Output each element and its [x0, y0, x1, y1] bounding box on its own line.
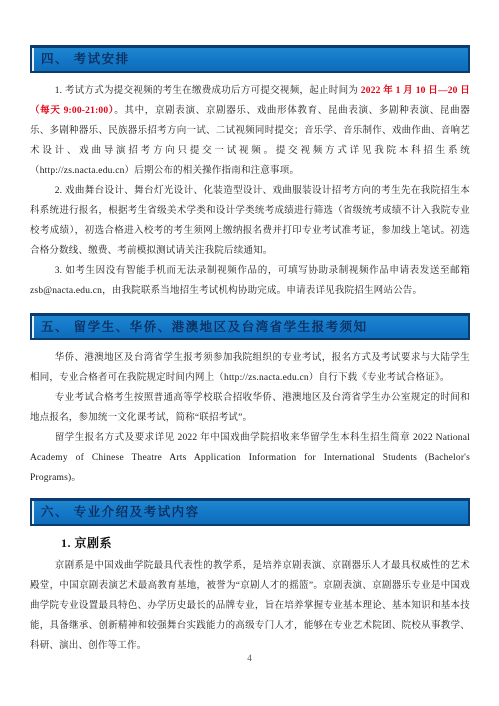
page-content: 四、 考试安排 1. 考试方式为提交视频的考生在缴费成功后方可提交视频，起止时间… [0, 0, 499, 656]
para-design-majors-screening: 2. 戏曲舞台设计、舞台灯光设计、化装造型设计、戏曲服装设计招考方向的考生先在我… [30, 181, 470, 261]
text-run: 1. 考试方式为提交视频的考生在缴费成功后方可提交视频，起止时间为 [55, 86, 361, 96]
section-title-overseas-students: 五、 留学生、华侨、港澳地区及台湾省学生报考须知 [41, 320, 368, 334]
para-no-smartphone-assistance: 3. 如考生因没有智能手机而无法录制视频作品的，可填写协助录制视频作品申请表发送… [30, 261, 470, 301]
text-run: 。其中，京剧表演、京剧器乐、戏曲形体教育、昆曲表演、多剧种表演、昆曲器乐、多剧种… [30, 106, 470, 176]
para-peking-opera-dept-intro: 京剧系是中国戏曲学院最具代表性的教学系，是培养京剧表演、京剧器乐人才最具权威性的… [30, 556, 470, 656]
subheading-peking-opera-dept: 1. 京剧系 [61, 534, 470, 551]
section-title-exam-arrangement: 四、 考试安排 [41, 52, 130, 66]
section-header-overseas-students: 五、 留学生、华侨、港澳地区及台湾省学生报考须知 [30, 313, 470, 341]
section-header-major-introduction: 六、 专业介绍及考试内容 [30, 498, 470, 526]
para-joint-admission-exam: 专业考试合格考生按照普通高等学校联合招收华侨、港澳地区及台湾省学生办公室规定的时… [30, 388, 470, 428]
section-title-major-introduction: 六、 专业介绍及考试内容 [41, 505, 200, 519]
para-exam-video-submission: 1. 考试方式为提交视频的考生在缴费成功后方可提交视频，起止时间为 2022 年… [30, 81, 470, 181]
page-number: 4 [0, 653, 499, 663]
para-hmt-students-exam: 华侨、港澳地区及台湾省学生报考须参加我院组织的专业考试，报名方式及考试要求与大陆… [30, 348, 470, 388]
section-header-exam-arrangement: 四、 考试安排 [30, 45, 470, 73]
document-page: 四、 考试安排 1. 考试方式为提交视频的考生在缴费成功后方可提交视频，起止时间… [0, 0, 499, 706]
para-international-students-info: 留学生报名方式及要求详见 2022 年中国戏曲学院招收来华留学生本科生招生简章 … [30, 428, 470, 488]
